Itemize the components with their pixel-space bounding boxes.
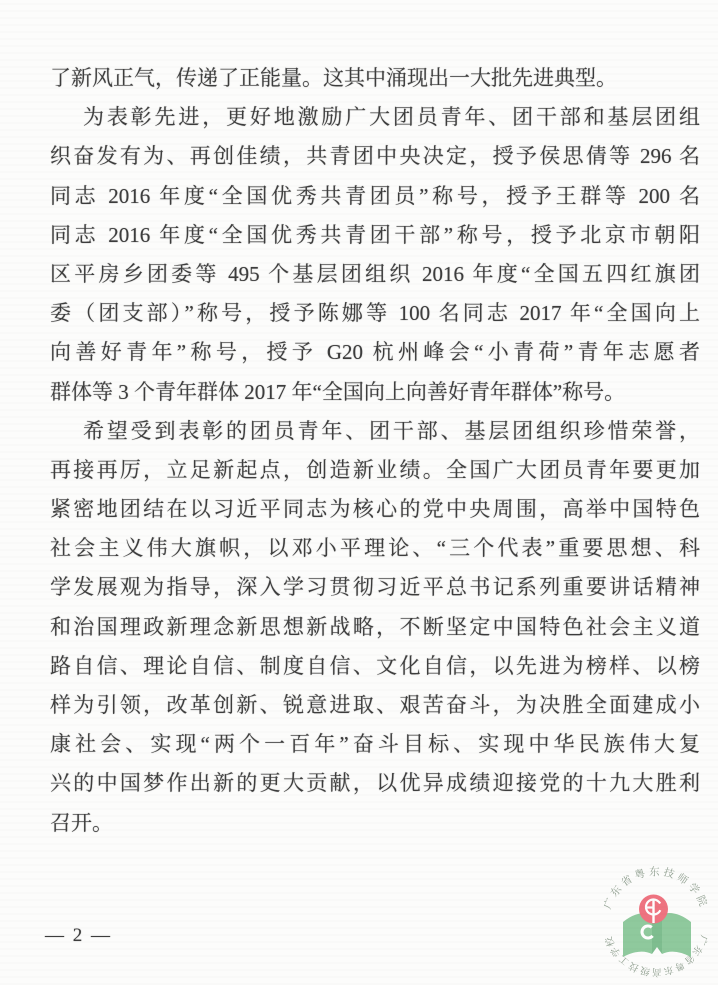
text-line: 同志 2016 年度“全国优秀共青团干部”称号，授予北京市朝阳 xyxy=(50,216,700,255)
school-seal-icon: 广东省粤东技师学院 广东省粤东高级技工学校 xyxy=(596,864,716,984)
text-line: 再接再厉，立足新起点，创造新业绩。全国广大团员青年要更加 xyxy=(50,451,700,490)
school-seal-watermark: 广东省粤东技师学院 广东省粤东高级技工学校 xyxy=(596,864,716,984)
text-line: 织奋发有为、再创佳绩，共青团中央决定，授予侯思倩等 296 名 xyxy=(50,137,700,176)
text-line: 和治国理政新理念新思想新战略，不断坚定中国特色社会主义道 xyxy=(50,608,700,647)
text-line: 群体等 3 个青年群体 2017 年“全国向上向善好青年群体”称号。 xyxy=(50,373,700,412)
text-line: 样为引领，改革创新、锐意进取、艰苦奋斗，为决胜全面建成小 xyxy=(50,686,700,725)
text-line: 学发展观为指导，深入学习贯彻习近平总书记系列重要讲话精神 xyxy=(50,568,700,607)
page-number: — 2 — xyxy=(45,925,112,947)
text-line: 路自信、理论自信、制度自信、文化自信，以先进为榜样、以榜 xyxy=(50,647,700,686)
seal-clock-icon xyxy=(639,895,668,924)
document-page: 了新风正气，传递了正能量。这其中涌现出一大批先进典型。为表彰先进，更好地激励广大… xyxy=(0,0,718,985)
document-body: 了新风正气，传递了正能量。这其中涌现出一大批先进典型。为表彰先进，更好地激励广大… xyxy=(50,59,700,843)
text-line: 委（团支部）”称号，授予陈娜等 100 名同志 2017 年“全国向上 xyxy=(50,294,700,333)
text-line: 紧密地团结在以习近平同志为核心的党中央周围，高举中国特色 xyxy=(50,490,700,529)
text-line: 同志 2016 年度“全国优秀共青团员”称号，授予王群等 200 名 xyxy=(50,177,700,216)
text-line: 召开。 xyxy=(50,804,700,843)
text-line: 康社会、实现“两个一百年”奋斗目标、实现中华民族伟大复 xyxy=(50,725,700,764)
text-line: 了新风正气，传递了正能量。这其中涌现出一大批先进典型。 xyxy=(50,59,700,98)
text-line: 为表彰先进，更好地激励广大团员青年、团干部和基层团组 xyxy=(50,98,700,137)
text-line: 区平房乡团委等 495 个基层团组织 2016 年度“全国五四红旗团 xyxy=(50,255,700,294)
text-line: 向善好青年”称号，授予 G20 杭州峰会“小青荷”青年志愿者 xyxy=(50,333,700,372)
text-line: 兴的中国梦作出新的更大贡献，以优异成绩迎接党的十九大胜利 xyxy=(50,764,700,803)
text-line: 希望受到表彰的团员青年、团干部、基层团组织珍惜荣誉， xyxy=(50,412,700,451)
text-line: 社会主义伟大旗帜，以邓小平理论、“三个代表”重要思想、科 xyxy=(50,529,700,568)
